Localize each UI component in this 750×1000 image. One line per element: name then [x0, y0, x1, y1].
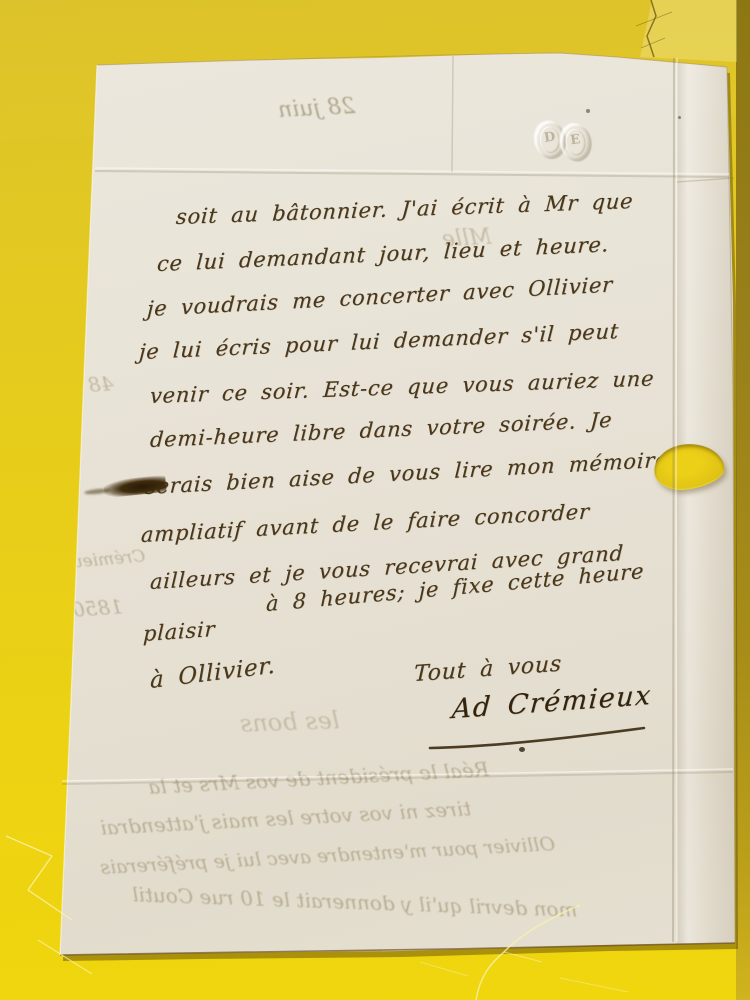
seal-right-glyph: E — [559, 131, 591, 150]
handwritten-line-3: je voudrais me concerter avec Ollivier — [146, 273, 613, 322]
handwritten-line-5: venir ce soir. Est-ce que vous auriez un… — [149, 366, 655, 408]
bleedthrough-date: 28 juin — [277, 94, 355, 123]
bleedthrough-line: tirez ni vos votre les mais j'attendrai — [100, 796, 472, 839]
signature: Ad Crémieux — [451, 680, 653, 725]
bleedthrough-fragment: 48 — [87, 371, 114, 397]
bleedthrough-line: Réal le président de vos Mrs et la — [148, 757, 490, 799]
letter-paper: D E 28 juin 48 Mlle Crémieux 1850 les bo… — [0, 0, 750, 1000]
ink-dot — [519, 747, 525, 752]
bleedthrough-line: Ollivier pour m'entendre avec lui je pré… — [100, 833, 556, 879]
handwritten-line-4: je lui écris pour lui demander s'il peut — [138, 319, 620, 364]
handwritten-line-6: demi-heure libre dans votre soirée. Je — [149, 408, 613, 452]
bleedthrough-fragment: 1850 — [71, 594, 123, 621]
handwritten-word-plaisir: plaisir — [143, 617, 216, 646]
handwritten-line-8: ampliatif avant de le faire concorder — [140, 499, 590, 547]
handwritten-line-1: soit au bâtonnier. J'ai écrit à Mr que — [175, 189, 634, 229]
closing-salutation: Tout à vous — [414, 652, 563, 687]
photo-of-letter: D E 28 juin 48 Mlle Crémieux 1850 les bo… — [0, 0, 750, 1000]
handwritten-line-7: serais bien aise de vous lire mon mémoir… — [144, 448, 669, 500]
paper-speck — [678, 116, 681, 119]
handwritten-line-2: ce lui demandant jour, lieu et heure. — [156, 232, 610, 276]
folder-dark-edge — [736, 0, 750, 1000]
handwritten-line-ollivier: à Ollivier. — [150, 653, 276, 695]
right-fold-panel-shade — [677, 53, 737, 948]
embossed-seal: D E — [532, 110, 600, 168]
bleedthrough-line: mon devril qu'il y donnerait le 10 rue C… — [132, 882, 578, 922]
paper-speck — [586, 109, 590, 113]
bleedthrough-fragment: les bons — [240, 706, 340, 737]
